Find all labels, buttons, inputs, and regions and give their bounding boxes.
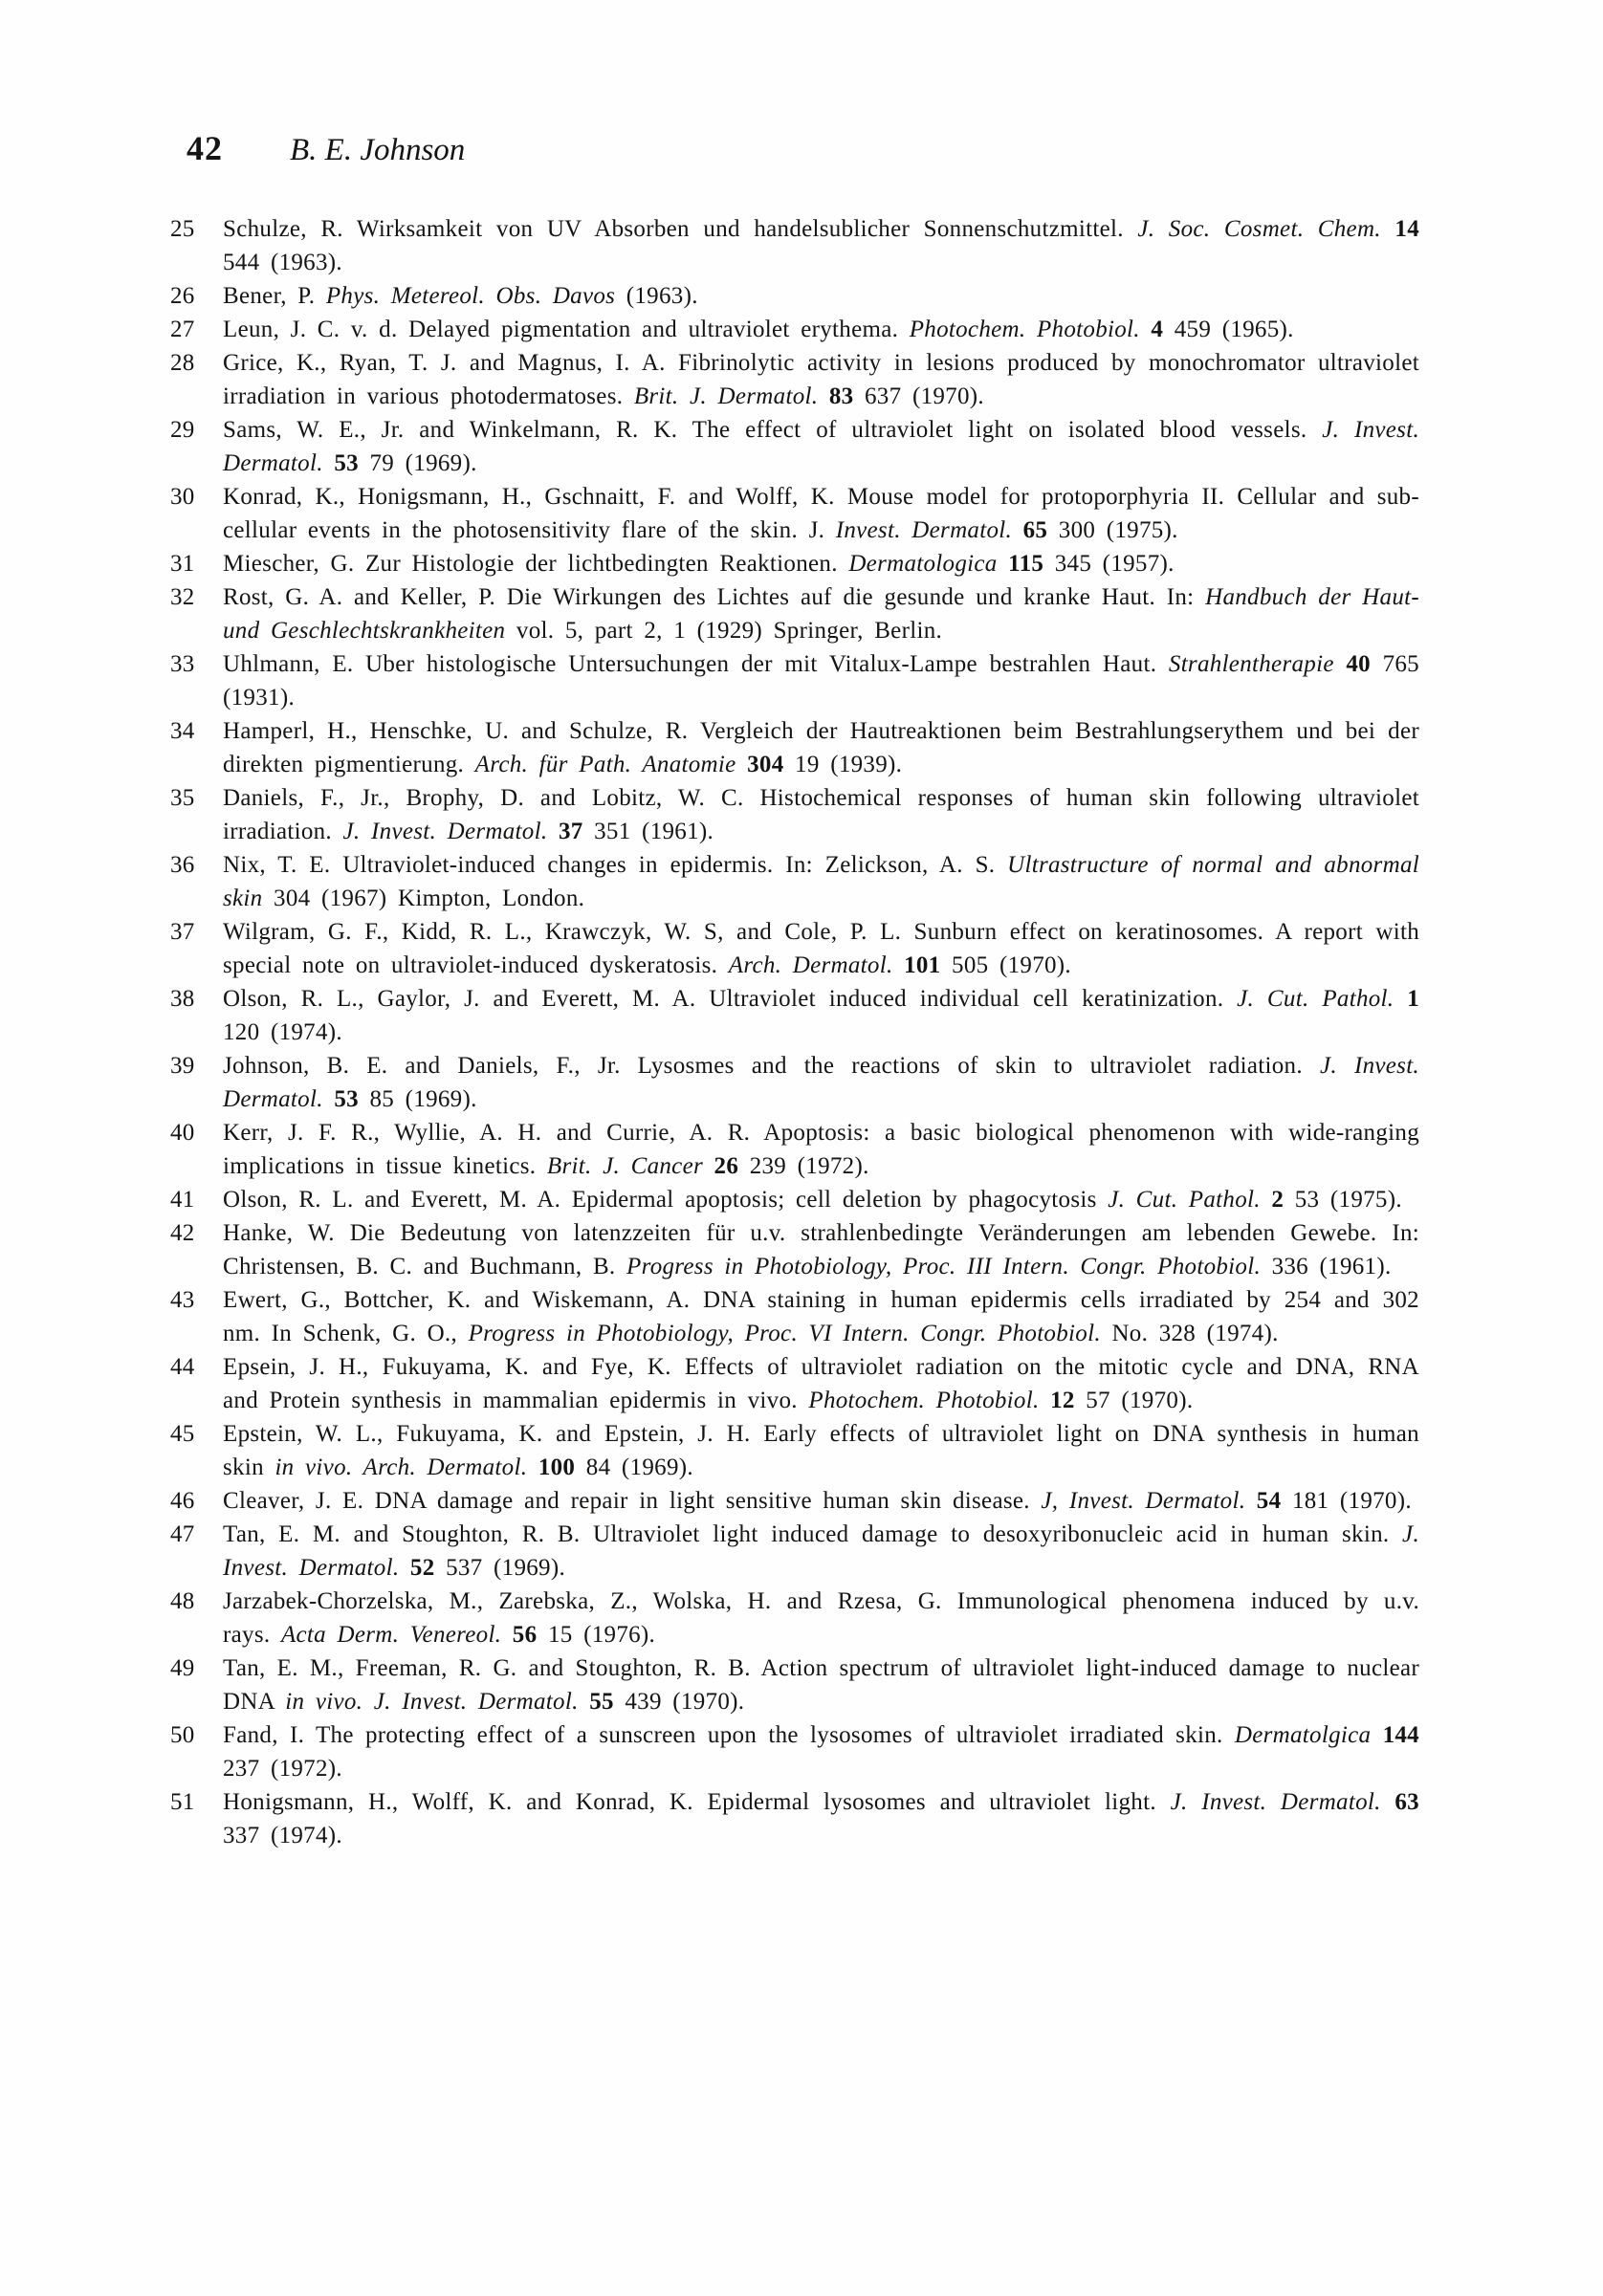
reference-text: Daniels, F., Jr., Brophy, D. and Lobitz,…: [223, 781, 1419, 848]
reference-text-segment: 84 (1969).: [575, 1454, 693, 1480]
reference-item: 28Grice, K., Ryan, T. J. and Magnus, I. …: [170, 346, 1419, 413]
reference-text-segment: Phys. Metereol. Obs. Davos: [326, 283, 615, 309]
reference-text-segment: Dermatolgica: [1235, 1722, 1383, 1748]
reference-text-segment: Johnson, B. E. and Daniels, F., Jr. Lyso…: [223, 1053, 1320, 1079]
reference-text-segment: Uhlmann, E. Uber histologische Untersuch…: [223, 651, 1169, 677]
reference-number: 31: [170, 547, 223, 580]
reference-text: Ewert, G., Bottcher, K. and Wiskemann, A…: [223, 1283, 1419, 1350]
reference-text-segment: Rost, G. A. and Keller, P. Die Wirkungen…: [223, 584, 1205, 610]
reference-item: 47Tan, E. M. and Stoughton, R. B. Ultrav…: [170, 1518, 1419, 1585]
reference-text-segment: Fand, I. The protecting effect of a suns…: [223, 1722, 1235, 1748]
reference-number: 46: [170, 1484, 223, 1518]
reference-text-segment: J. Invest. Dermatol.: [1171, 1789, 1395, 1815]
reference-text: Epstein, W. L., Fukuyama, K. and Epstein…: [223, 1417, 1419, 1484]
reference-text-segment: Bener, P.: [223, 283, 326, 309]
reference-text-segment: Brit. J. Dermatol.: [634, 383, 829, 409]
reference-text-segment: Photochem. Photobiol.: [808, 1388, 1050, 1413]
reference-text: Tan, E. M. and Stoughton, R. B. Ultravio…: [223, 1518, 1419, 1585]
reference-text-segment: 53 (1975).: [1284, 1187, 1402, 1213]
reference-text-segment: 15 (1976).: [537, 1622, 655, 1648]
reference-text-segment: 79 (1969).: [359, 450, 477, 476]
reference-text-segment: 14: [1394, 216, 1419, 242]
reference-text: Tan, E. M., Freeman, R. G. and Stoughton…: [223, 1651, 1419, 1718]
reference-item: 48Jarzabek-Chorzelska, M., Zarebska, Z.,…: [170, 1585, 1419, 1651]
reference-number: 25: [170, 212, 223, 279]
reference-number: 49: [170, 1651, 223, 1718]
reference-text: Leun, J. C. v. d. Delayed pigmentation a…: [223, 313, 1419, 346]
reference-text-segment: 351 (1961).: [583, 819, 714, 844]
reference-text-segment: Olson, R. L. and Everett, M. A. Epiderma…: [223, 1187, 1108, 1213]
reference-text-segment: Progress in Photobiology, Proc. VI Inter…: [469, 1321, 1112, 1346]
reference-text-segment: J. Soc. Cosmet. Chem.: [1137, 216, 1394, 242]
reference-number: 26: [170, 279, 223, 313]
reference-number: 43: [170, 1283, 223, 1350]
reference-item: 30Konrad, K., Honigsmann, H., Gschnaitt,…: [170, 480, 1419, 547]
reference-text-segment: 345 (1957).: [1043, 551, 1175, 577]
reference-text: Schulze, R. Wirksamkeit von UV Absorben …: [223, 212, 1419, 279]
reference-item: 25Schulze, R. Wirksamkeit von UV Absorbe…: [170, 212, 1419, 279]
reference-item: 34Hamperl, H., Henschke, U. and Schulze,…: [170, 714, 1419, 781]
reference-number: 50: [170, 1718, 223, 1785]
reference-text-segment: Tan, E. M. and Stoughton, R. B. Ultravio…: [223, 1521, 1402, 1547]
reference-item: 46Cleaver, J. E. DNA damage and repair i…: [170, 1484, 1419, 1518]
reference-text-segment: in vivo. Arch. Dermatol.: [274, 1454, 538, 1480]
reference-text-segment: Photochem. Photobiol.: [910, 317, 1152, 342]
reference-text-segment: Schulze, R. Wirksamkeit von UV Absorben …: [223, 216, 1137, 242]
reference-number: 37: [170, 915, 223, 982]
reference-number: 45: [170, 1417, 223, 1484]
document-page: 42 B. E. Johnson 25Schulze, R. Wirksamke…: [0, 0, 1603, 2296]
reference-item: 42Hanke, W. Die Bedeutung von latenzzeit…: [170, 1216, 1419, 1283]
reference-text-segment: J. Cut. Pathol.: [1237, 986, 1407, 1012]
reference-text-segment: Nix, T. E. Ultraviolet-induced changes i…: [223, 852, 1007, 878]
reference-text: Cleaver, J. E. DNA damage and repair in …: [223, 1484, 1419, 1518]
reference-text-segment: 2: [1271, 1187, 1284, 1213]
page-header: 42 B. E. Johnson: [187, 128, 465, 168]
running-head: B. E. Johnson: [290, 133, 465, 168]
reference-number: 29: [170, 413, 223, 480]
reference-text-segment: 637 (1970).: [853, 383, 984, 409]
reference-list: 25Schulze, R. Wirksamkeit von UV Absorbe…: [170, 212, 1419, 1852]
reference-item: 35Daniels, F., Jr., Brophy, D. and Lobit…: [170, 781, 1419, 848]
reference-number: 48: [170, 1585, 223, 1651]
reference-text-segment: 439 (1970).: [614, 1689, 745, 1715]
reference-text-segment: 537 (1969).: [435, 1555, 566, 1581]
reference-text-segment: Sams, W. E., Jr. and Winkelmann, R. K. T…: [223, 417, 1322, 443]
reference-text-segment: Miescher, G. Zur Histologie der lichtbed…: [223, 551, 848, 577]
reference-text-segment: Honigsmann, H., Wolff, K. and Konrad, K.…: [223, 1789, 1171, 1815]
reference-number: 39: [170, 1049, 223, 1116]
page-number: 42: [187, 128, 223, 168]
reference-text-segment: Olson, R. L., Gaylor, J. and Everett, M.…: [223, 986, 1237, 1012]
reference-text-segment: 56: [513, 1622, 538, 1648]
reference-number: 36: [170, 848, 223, 915]
reference-number: 41: [170, 1183, 223, 1216]
reference-number: 28: [170, 346, 223, 413]
reference-text: Hamperl, H., Henschke, U. and Schulze, R…: [223, 714, 1419, 781]
reference-text: Sams, W. E., Jr. and Winkelmann, R. K. T…: [223, 413, 1419, 480]
reference-number: 38: [170, 982, 223, 1049]
reference-number: 44: [170, 1350, 223, 1417]
reference-text-segment: 83: [829, 383, 854, 409]
reference-text: Grice, K., Ryan, T. J. and Magnus, I. A.…: [223, 346, 1419, 413]
reference-text-segment: Strahlentherapie: [1169, 651, 1346, 677]
reference-text-segment: 304: [747, 752, 783, 777]
reference-text: Miescher, G. Zur Histologie der lichtbed…: [223, 547, 1419, 580]
reference-text-segment: 181 (1970).: [1281, 1488, 1412, 1514]
reference-item: 33Uhlmann, E. Uber histologische Untersu…: [170, 647, 1419, 714]
reference-number: 35: [170, 781, 223, 848]
reference-text-segment: 53: [334, 450, 359, 476]
reference-text: Kerr, J. F. R., Wyllie, A. H. and Currie…: [223, 1116, 1419, 1183]
reference-number: 27: [170, 313, 223, 346]
reference-item: 39Johnson, B. E. and Daniels, F., Jr. Ly…: [170, 1049, 1419, 1116]
reference-text-segment: Progress in Photobiology, Proc. III Inte…: [626, 1254, 1272, 1279]
reference-text-segment: J. Cut. Pathol.: [1108, 1187, 1271, 1213]
reference-item: 40Kerr, J. F. R., Wyllie, A. H. and Curr…: [170, 1116, 1419, 1183]
reference-text-segment: 26: [714, 1153, 739, 1179]
reference-item: 51Honigsmann, H., Wolff, K. and Konrad, …: [170, 1785, 1419, 1852]
reference-text-segment: 505 (1970).: [940, 952, 1071, 978]
reference-text-segment: 304 (1967) Kimpton, London.: [262, 886, 584, 911]
reference-item: 50Fand, I. The protecting effect of a su…: [170, 1718, 1419, 1785]
reference-text-segment: 12: [1050, 1388, 1075, 1413]
reference-number: 47: [170, 1518, 223, 1585]
reference-text-segment: 115: [1008, 551, 1043, 577]
reference-number: 42: [170, 1216, 223, 1283]
reference-text: Jarzabek-Chorzelska, M., Zarebska, Z., W…: [223, 1585, 1419, 1651]
reference-item: 31Miescher, G. Zur Histologie der lichtb…: [170, 547, 1419, 580]
reference-text-segment: 52: [410, 1555, 435, 1581]
reference-item: 29Sams, W. E., Jr. and Winkelmann, R. K.…: [170, 413, 1419, 480]
reference-text-segment: J, Invest. Dermatol.: [1041, 1488, 1256, 1514]
reference-item: 26Bener, P. Phys. Metereol. Obs. Davos (…: [170, 279, 1419, 313]
reference-text-segment: Arch. Dermatol.: [729, 952, 904, 978]
reference-text-segment: 100: [538, 1454, 575, 1480]
reference-text: Hanke, W. Die Bedeutung von latenzzeiten…: [223, 1216, 1419, 1283]
reference-text-segment: 40: [1346, 651, 1371, 677]
reference-text: Johnson, B. E. and Daniels, F., Jr. Lyso…: [223, 1049, 1419, 1116]
reference-text-segment: Cleaver, J. E. DNA damage and repair in …: [223, 1488, 1041, 1514]
reference-text: Nix, T. E. Ultraviolet-induced changes i…: [223, 848, 1419, 915]
reference-text-segment: 239 (1972).: [738, 1153, 869, 1179]
reference-number: 32: [170, 580, 223, 647]
reference-item: 32Rost, G. A. and Keller, P. Die Wirkung…: [170, 580, 1419, 647]
reference-number: 34: [170, 714, 223, 781]
reference-text-segment: 120 (1974).: [223, 1019, 342, 1045]
reference-item: 37Wilgram, G. F., Kidd, R. L., Krawczyk,…: [170, 915, 1419, 982]
reference-text: Rost, G. A. and Keller, P. Die Wirkungen…: [223, 580, 1419, 647]
reference-text-segment: vol. 5, part 2, 1 (1929) Springer, Berli…: [505, 618, 942, 644]
reference-text-segment: No. 328 (1974).: [1111, 1321, 1278, 1346]
reference-text-segment: 300 (1975).: [1047, 517, 1178, 543]
reference-text: Olson, R. L. and Everett, M. A. Epiderma…: [223, 1183, 1419, 1216]
reference-text-segment: Konrad, K., Honigsmann, H., Gschnaitt, F…: [223, 484, 1419, 543]
reference-text-segment: 37: [559, 819, 583, 844]
reference-text-segment: Dermatologica: [848, 551, 1008, 577]
reference-text: Fand, I. The protecting effect of a suns…: [223, 1718, 1419, 1785]
reference-text-segment: 237 (1972).: [223, 1756, 342, 1782]
reference-item: 49Tan, E. M., Freeman, R. G. and Stought…: [170, 1651, 1419, 1718]
reference-number: 51: [170, 1785, 223, 1852]
reference-text-segment: 336 (1961).: [1272, 1254, 1392, 1279]
reference-item: 44Epsein, J. H., Fukuyama, K. and Fye, K…: [170, 1350, 1419, 1417]
reference-text-segment: 544 (1963).: [223, 250, 342, 275]
reference-text: Olson, R. L., Gaylor, J. and Everett, M.…: [223, 982, 1419, 1049]
reference-number: 33: [170, 647, 223, 714]
reference-text-segment: 101: [904, 952, 940, 978]
reference-text-segment: 65: [1023, 517, 1048, 543]
reference-item: 43Ewert, G., Bottcher, K. and Wiskemann,…: [170, 1283, 1419, 1350]
reference-item: 41Olson, R. L. and Everett, M. A. Epider…: [170, 1183, 1419, 1216]
reference-text: Bener, P. Phys. Metereol. Obs. Davos (19…: [223, 279, 1419, 313]
reference-text-segment: Invest. Dermatol.: [836, 517, 1023, 543]
reference-text-segment: 54: [1257, 1488, 1282, 1514]
reference-text-segment: 459 (1965).: [1163, 317, 1294, 342]
reference-text: Epsein, J. H., Fukuyama, K. and Fye, K. …: [223, 1350, 1419, 1417]
reference-text-segment: 4: [1151, 317, 1163, 342]
reference-text-segment: 85 (1969).: [359, 1086, 477, 1112]
reference-item: 45Epstein, W. L., Fukuyama, K. and Epste…: [170, 1417, 1419, 1484]
reference-text-segment: 144: [1383, 1722, 1419, 1748]
reference-text: Konrad, K., Honigsmann, H., Gschnaitt, F…: [223, 480, 1419, 547]
reference-text-segment: 55: [589, 1689, 614, 1715]
reference-item: 27Leun, J. C. v. d. Delayed pigmentation…: [170, 313, 1419, 346]
reference-text-segment: in vivo. J. Invest. Dermatol.: [285, 1689, 589, 1715]
reference-text-segment: Arch. für Path. Anatomie: [475, 752, 747, 777]
reference-text-segment: J. Invest. Dermatol.: [343, 819, 559, 844]
reference-text-segment: 19 (1939).: [784, 752, 903, 777]
reference-text: Uhlmann, E. Uber histologische Untersuch…: [223, 647, 1419, 714]
reference-text-segment: 57 (1970).: [1075, 1388, 1194, 1413]
reference-text: Honigsmann, H., Wolff, K. and Konrad, K.…: [223, 1785, 1419, 1852]
reference-text-segment: 337 (1974).: [223, 1823, 342, 1848]
reference-number: 40: [170, 1116, 223, 1183]
reference-text-segment: Leun, J. C. v. d. Delayed pigmentation a…: [223, 317, 910, 342]
reference-text-segment: Acta Derm. Venereol.: [281, 1622, 513, 1648]
reference-text-segment: 53: [334, 1086, 359, 1112]
reference-number: 30: [170, 480, 223, 547]
reference-item: 36Nix, T. E. Ultraviolet-induced changes…: [170, 848, 1419, 915]
reference-item: 38Olson, R. L., Gaylor, J. and Everett, …: [170, 982, 1419, 1049]
reference-text-segment: 1: [1407, 986, 1419, 1012]
reference-text: Wilgram, G. F., Kidd, R. L., Krawczyk, W…: [223, 915, 1419, 982]
reference-text-segment: 63: [1394, 1789, 1419, 1815]
reference-text-segment: Brit. J. Cancer: [547, 1153, 714, 1179]
reference-text-segment: (1963).: [615, 283, 698, 309]
